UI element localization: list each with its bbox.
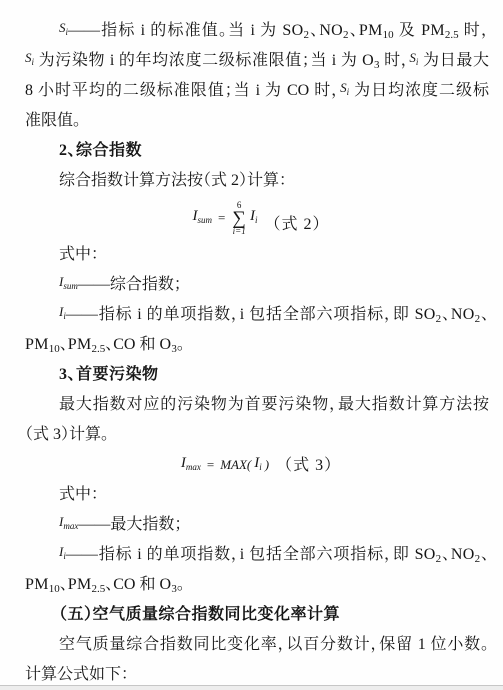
math-subscript: max — [186, 462, 201, 472]
chemical-formula: NO2 — [319, 22, 348, 39]
text-run: 准限值。 — [25, 112, 81, 129]
chemical-formula: O3 — [159, 336, 176, 353]
text-line: （式 3）计算。 — [25, 420, 489, 450]
document-body: Si——指标 i 的标准值。当 i 为 SO2、NO2、PM10 及 PM2.5… — [0, 0, 503, 690]
paragraph-group-change-rate: 式中：Imax——最大指数；Ii——指标 i 的单项指数，i 包括全部六项指标，… — [25, 480, 489, 690]
equation-label: （式 3） — [284, 451, 333, 480]
text-run: ——综合指数； — [78, 276, 182, 293]
text-run: 。 — [177, 336, 185, 353]
bottom-window-edge — [0, 685, 503, 690]
chemical-formula: PM2.5 — [68, 336, 105, 353]
chemical-formula: PM10 — [25, 576, 60, 593]
summation-icon: ∑ — [232, 210, 246, 227]
chemical-formula: SO2 — [415, 546, 442, 563]
math-subscript: sum — [198, 215, 213, 225]
text-run: 、 — [60, 576, 68, 593]
text-run: 、 — [60, 336, 68, 353]
text-run: 8 小时平均的二级标准限值；当 i 为 CO 时， — [25, 82, 340, 99]
text-line: 最大指数对应的污染物为首要污染物，最大指数计算方法按 — [25, 390, 489, 420]
chemical-formula: PM10 — [359, 22, 394, 39]
text-run: ——指标 i 的标准值。当 i 为 — [68, 22, 282, 39]
text-run: ——最大指数； — [78, 516, 182, 533]
section-heading: （五）空气质量综合指数同比变化率计算 — [25, 600, 489, 630]
text-line: Si 为污染物 i 的年均浓度二级标准限值；当 i 为 O3 时，Si 为日最大 — [25, 46, 489, 76]
text-line: Si——指标 i 的标准值。当 i 为 SO2、NO2、PM10 及 PM2.5… — [25, 16, 489, 46]
equals-sign: = — [215, 203, 228, 233]
paragraph-group-primary-pollutant: 式中：Isum——综合指数；Ii——指标 i 的单项指数，i 包括全部六项指标，… — [25, 240, 489, 450]
chemical-formula: PM2.5 — [68, 576, 105, 593]
text-run: 、CO 和 — [105, 336, 159, 353]
math-symbol: Imax — [59, 514, 78, 529]
text-run: 及 — [394, 22, 422, 39]
math-var-ii: Ii — [254, 450, 262, 480]
math-symbol: Si — [59, 20, 68, 35]
chemical-formula: SO2 — [282, 22, 309, 39]
text-run: ——指标 i 的单项指数，i 包括全部六项指标，即 — [66, 306, 415, 323]
text-run: 、 — [441, 546, 451, 563]
text-line: Isum——综合指数； — [25, 270, 489, 300]
text-line: Ii——指标 i 的单项指数，i 包括全部六项指标，即 SO2、NO2、 — [25, 540, 489, 570]
text-run: 式中： — [59, 246, 99, 263]
paragraph-group-standard-value: Si——指标 i 的标准值。当 i 为 SO2、NO2、PM10 及 PM2.5… — [25, 16, 489, 196]
text-run: 、 — [441, 306, 451, 323]
math-subscript: i — [259, 462, 262, 472]
chemical-formula: NO2 — [451, 546, 480, 563]
text-line: 空气质量综合指数同比变化率，以百分数计，保留 1 位小数。 — [25, 630, 489, 660]
text-run: 最大指数对应的污染物为首要污染物，最大指数计算方法按 — [59, 396, 489, 413]
text-line: PM10、PM2.5、CO 和 O3。 — [25, 570, 489, 600]
text-run: 、 — [349, 22, 359, 39]
math-var-isum: Isum — [193, 201, 213, 235]
section-heading: 2、综合指数 — [25, 136, 489, 166]
text-line: 式中： — [25, 480, 489, 510]
chemical-formula: O3 — [362, 52, 379, 69]
text-line: PM10、PM2.5、CO 和 O3。 — [25, 330, 489, 360]
text-run: 、 — [480, 306, 489, 323]
math-var-imax: Imax — [181, 450, 201, 480]
math-symbol: Si — [340, 80, 349, 95]
text-run: 3、首要污染物 — [59, 366, 159, 383]
equation-comprehensive-index: Isum = 6 ∑ i=1 Ii （式 2） — [25, 196, 489, 240]
text-line: 8 小时平均的二级标准限值；当 i 为 CO 时，Si 为日均浓度二级标 — [25, 76, 489, 106]
equation-label: （式 2） — [272, 210, 321, 240]
text-run: （五）空气质量综合指数同比变化率计算 — [59, 606, 340, 623]
text-line: Ii——指标 i 的单项指数，i 包括全部六项指标，即 SO2、NO2、 — [25, 300, 489, 330]
chemical-formula: PM10 — [25, 336, 60, 353]
math-symbol: Si — [25, 50, 34, 65]
math-symbol: Isum — [59, 274, 78, 289]
chemical-formula: SO2 — [415, 306, 442, 323]
math-symbol: Ii — [59, 304, 66, 319]
text-run: 2、综合指数 — [59, 142, 142, 159]
chemical-formula: NO2 — [451, 306, 480, 323]
equation-max-index: Imax = MAX( Ii ) （式 3） — [25, 450, 489, 480]
math-var-ii: Ii — [250, 201, 258, 235]
text-run: 为日均浓度二级标 — [349, 82, 489, 99]
text-run: （式 3）计算。 — [25, 426, 109, 443]
text-run: 、CO 和 — [105, 576, 159, 593]
max-function: MAX( — [220, 450, 251, 480]
math-symbol: Si — [409, 50, 418, 65]
text-run: 为污染物 i 的年均浓度二级标准限值；当 i 为 — [34, 52, 362, 69]
text-run: 、 — [480, 546, 489, 563]
sigma-symbol: 6 ∑ i=1 — [231, 201, 247, 236]
close-paren: ) — [265, 450, 269, 480]
text-run: ——指标 i 的单项指数，i 包括全部六项指标，即 — [66, 546, 415, 563]
text-run: 为日最大 — [418, 52, 489, 69]
chemical-formula: O3 — [159, 576, 176, 593]
text-line: Imax——最大指数； — [25, 510, 489, 540]
equals-sign: = — [204, 450, 217, 480]
math-subscript: i — [255, 215, 258, 225]
text-run: 。 — [177, 576, 185, 593]
sigma-lower-limit: i=1 — [233, 227, 246, 236]
math-symbol: Ii — [59, 544, 66, 559]
text-line: 式中： — [25, 240, 489, 270]
text-run: 时， — [380, 52, 410, 69]
text-line: 准限值。 — [25, 106, 489, 136]
text-run: 式中： — [59, 486, 99, 503]
chemical-formula: PM2.5 — [421, 22, 458, 39]
section-heading: 3、首要污染物 — [25, 360, 489, 390]
text-run: 计算公式如下： — [25, 666, 129, 683]
text-run: 综合指数计算方法按（式 2）计算： — [59, 172, 287, 189]
document-page: Si——指标 i 的标准值。当 i 为 SO2、NO2、PM10 及 PM2.5… — [0, 0, 503, 690]
text-run: 、 — [309, 22, 319, 39]
text-run: 空气质量综合指数同比变化率，以百分数计，保留 1 位小数。 — [59, 636, 489, 653]
text-line: 综合指数计算方法按（式 2）计算： — [25, 166, 489, 196]
text-run: 时， — [459, 22, 489, 39]
